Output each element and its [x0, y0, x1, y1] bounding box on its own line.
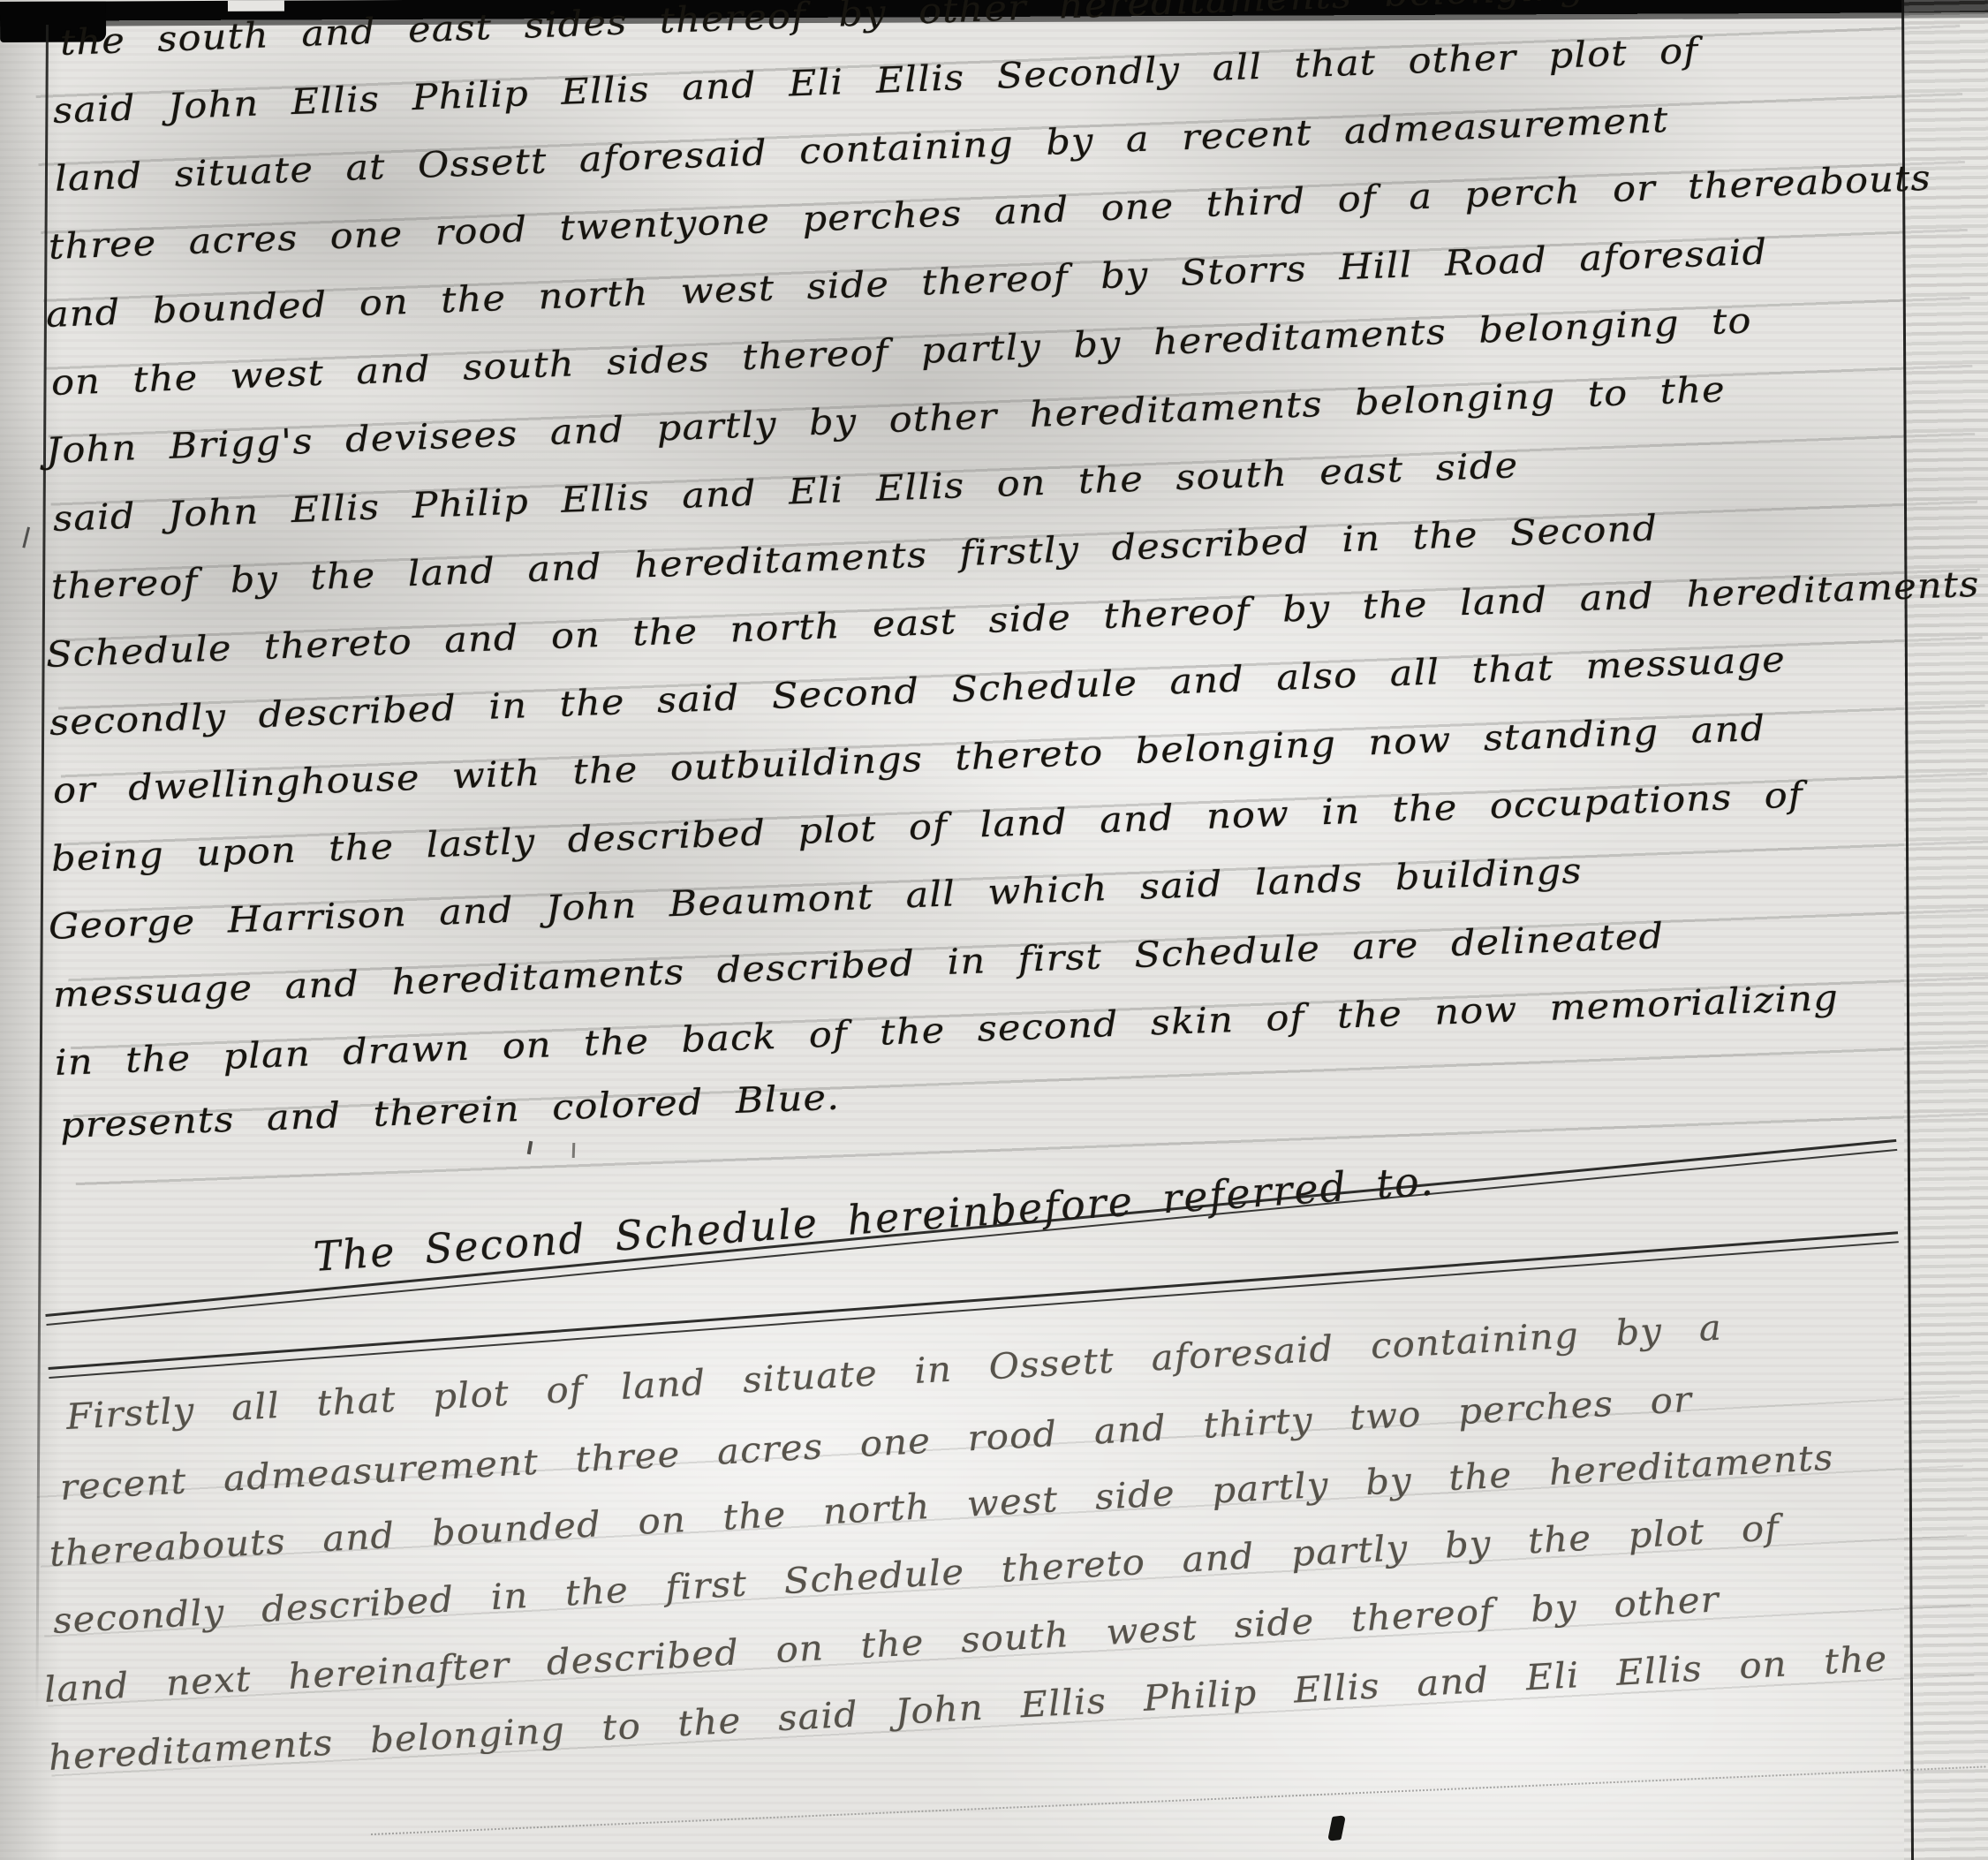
manuscript-line-17: presents and therein colored Blue.: [59, 1077, 841, 1146]
faint-dotted-crease-line: [371, 1765, 1985, 1835]
scanned-document-page: the south and east sides thereof by othe…: [0, 0, 1988, 1860]
schedule-heading: The Second Schedule hereinbefore referre…: [312, 1157, 1436, 1281]
right-margin-rule: [1901, 0, 1914, 1860]
right-margin-area: [1904, 0, 1988, 1860]
ink-tick-mark-2: [572, 1143, 576, 1158]
left-margin-rule: [35, 25, 49, 1712]
margin-hook-mark: [22, 527, 40, 551]
ink-blot-mark: [1327, 1815, 1346, 1841]
ink-tick-mark-1: [527, 1141, 533, 1154]
scan-bar-gap: [228, 1, 284, 11]
